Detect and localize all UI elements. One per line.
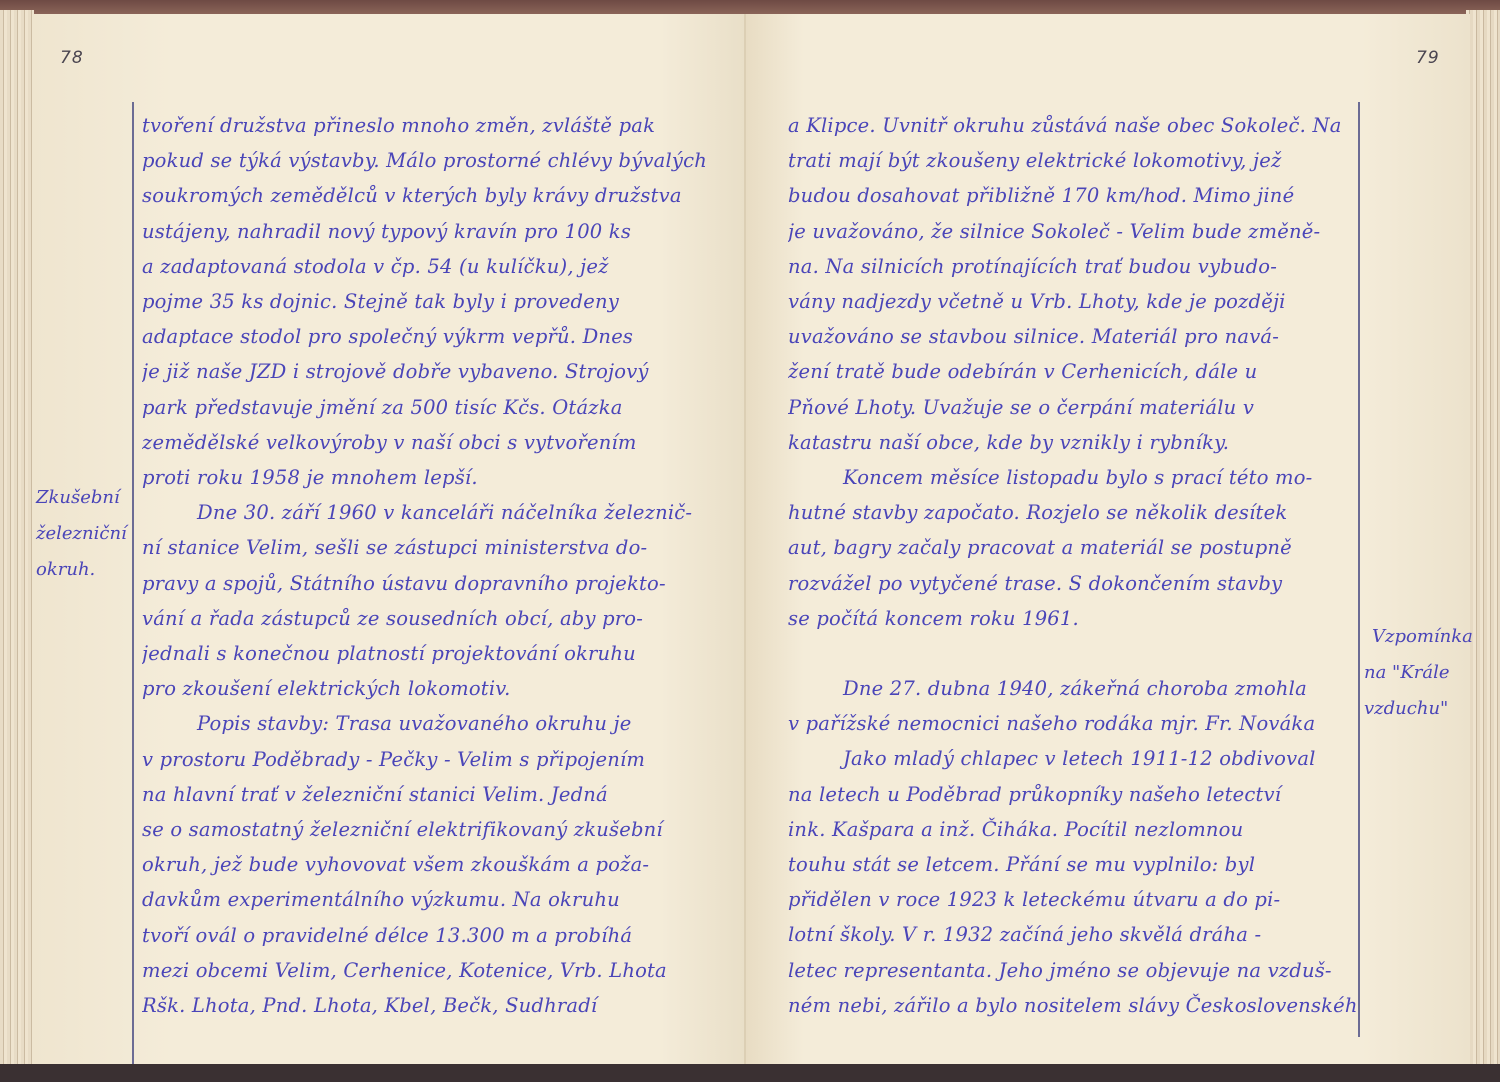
handwritten-line: Popis stavby: Trasa uvažovaného okruhu j…	[142, 706, 732, 741]
margin-note-line: okruh.	[36, 552, 127, 588]
handwritten-line: vány nadjezdy včetně u Vrb. Lhoty, kde j…	[788, 284, 1358, 319]
handwritten-line: hutné stavby započato. Rozjelo se několi…	[788, 495, 1358, 530]
handwritten-line: přidělen v roce 1923 k leteckému útvaru …	[788, 882, 1358, 917]
handwritten-line: pravy a spojů, Státního ústavu dopravníh…	[142, 566, 732, 601]
handwritten-line: na hlavní trať v železniční stanici Veli…	[142, 777, 732, 812]
left-page: 78 Zkušební železniční okruh. tvoření dr…	[32, 14, 744, 1064]
page-number-left: 78	[60, 48, 84, 68]
handwritten-line: uvažováno se stavbou silnice. Materiál p…	[788, 319, 1358, 354]
handwritten-line: davkům experimentálního výzkumu. Na okru…	[142, 882, 732, 917]
page-number-right: 79	[1416, 48, 1440, 68]
handwritten-line: v prostoru Poděbrady - Pečky - Velim s p…	[142, 742, 732, 777]
page-stack-right	[1466, 10, 1500, 1066]
handwritten-line: pro zkoušení elektrických lokomotiv.	[142, 671, 732, 706]
book-cover-bottom-edge	[0, 1064, 1500, 1082]
handwritten-line: okruh, jež bude vyhovovat všem zkouškám …	[142, 847, 732, 882]
handwritten-line: adaptace stodol pro společný výkrm vepřů…	[142, 319, 732, 354]
handwritten-line: Dne 30. září 1960 v kanceláři náčelníka …	[142, 495, 732, 530]
handwritten-line: soukromých zemědělců v kterých byly kráv…	[142, 178, 732, 213]
handwritten-line: se počítá koncem roku 1961.	[788, 601, 1358, 636]
handwritten-line: a zadaptovaná stodola v čp. 54 (u kulíčk…	[142, 249, 732, 284]
handwritten-line: katastru naší obce, kde by vznikly i ryb…	[788, 425, 1358, 460]
handwritten-line: budou dosahovat přibližně 170 km/hod. Mi…	[788, 178, 1358, 213]
handwritten-line: touhu stát se letcem. Přání se mu vyplni…	[788, 847, 1358, 882]
handwritten-line: park představuje jmění za 500 tisíc Kčs.…	[142, 390, 732, 425]
right-page: 79 Vzpomínka na "Krále vzduchu" a Klipce…	[744, 14, 1470, 1064]
margin-note-left: Zkušební železniční okruh.	[36, 480, 127, 588]
handwritten-line: a Klipce. Uvnitř okruhu zůstává naše obe…	[788, 108, 1358, 143]
handwritten-line: mezi obcemi Velim, Cerhenice, Kotenice, …	[142, 953, 732, 988]
handwritten-line: lotní školy. V r. 1932 začíná jeho skvěl…	[788, 917, 1358, 952]
handwritten-line: Ršk. Lhota, Pnd. Lhota, Kbel, Bečk, Sudh…	[142, 988, 732, 1023]
handwritten-line: trati mají být zkoušeny elektrické lokom…	[788, 143, 1358, 178]
page-stack-left	[0, 10, 34, 1066]
left-page-text: tvoření družstva přineslo mnoho změn, zv…	[142, 108, 732, 1023]
handwritten-line: pokud se týká výstavby. Málo prostorné c…	[142, 143, 732, 178]
handwritten-line: ném nebi, zářilo a bylo nositelem slávy …	[788, 988, 1358, 1023]
margin-note-line: vzduchu"	[1364, 691, 1473, 727]
handwritten-line: vání a řada zástupců ze sousedních obcí,…	[142, 601, 732, 636]
handwritten-line: na. Na silnicích protínajících trať budo…	[788, 249, 1358, 284]
paragraph-gap	[788, 636, 1358, 671]
margin-note-line: na "Krále	[1364, 655, 1473, 691]
right-page-text: a Klipce. Uvnitř okruhu zůstává naše obe…	[788, 108, 1358, 1023]
handwritten-line: je již naše JZD i strojově dobře vybaven…	[142, 354, 732, 389]
handwritten-line: pojme 35 ks dojnic. Stejně tak byly i pr…	[142, 284, 732, 319]
handwritten-line: tvoření družstva přineslo mnoho změn, zv…	[142, 108, 732, 143]
margin-rule-left	[132, 102, 134, 1064]
handwritten-line: je uvažováno, že silnice Sokoleč - Velim…	[788, 214, 1358, 249]
margin-note-right: Vzpomínka na "Krále vzduchu"	[1364, 619, 1473, 727]
margin-note-line: železniční	[36, 516, 127, 552]
handwritten-line: se o samostatný železniční elektrifikova…	[142, 812, 732, 847]
book-cover-top-edge	[0, 0, 1500, 14]
handwritten-line: proti roku 1958 je mnohem lepší.	[142, 460, 732, 495]
handwritten-line: rozvážel po vytyčené trase. S dokončením…	[788, 566, 1358, 601]
handwritten-line: zemědělské velkovýroby v naší obci s vyt…	[142, 425, 732, 460]
handwritten-line: Jako mladý chlapec v letech 1911-12 obdi…	[788, 741, 1358, 776]
margin-rule-right	[1358, 102, 1360, 1037]
handwritten-line: letec representanta. Jeho jméno se objev…	[788, 953, 1358, 988]
handwritten-line: Koncem měsíce listopadu bylo s prací tét…	[788, 460, 1358, 495]
handwritten-line: tvoří ovál o pravidelné délce 13.300 m a…	[142, 918, 732, 953]
margin-note-line: Zkušební	[36, 480, 127, 516]
handwritten-line: Pňové Lhoty. Uvažuje se o čerpání materi…	[788, 390, 1358, 425]
margin-note-line: Vzpomínka	[1364, 619, 1473, 655]
handwritten-line: aut, bagry začaly pracovat a materiál se…	[788, 530, 1358, 565]
handwritten-line: na letech u Poděbrad průkopníky našeho l…	[788, 777, 1358, 812]
handwritten-line: jednali s konečnou platností projektován…	[142, 636, 732, 671]
handwritten-line: Dne 27. dubna 1940, zákeřná choroba zmoh…	[788, 671, 1358, 706]
handwritten-line: ink. Kašpara a inž. Čiháka. Pocítil nezl…	[788, 812, 1358, 847]
handwritten-line: v pařížské nemocnici našeho rodáka mjr. …	[788, 706, 1358, 741]
handwritten-line: ní stanice Velim, sešli se zástupci mini…	[142, 530, 732, 565]
handwritten-line: žení tratě bude odebírán v Cerhenicích, …	[788, 354, 1358, 389]
handwritten-line: ustájeny, nahradil nový typový kravín pr…	[142, 214, 732, 249]
